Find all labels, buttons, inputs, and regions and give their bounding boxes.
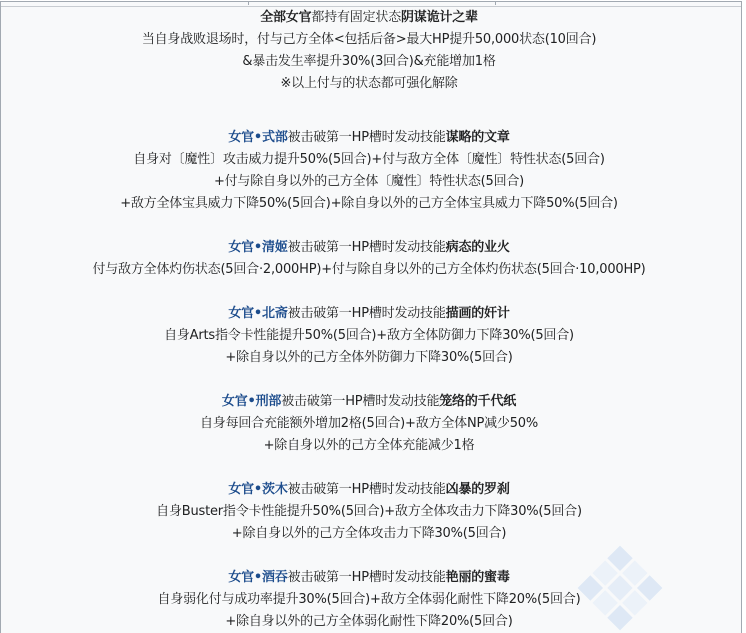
- effect-line: +除自身以外的己方全体充能减少1格: [1, 435, 737, 457]
- skill-name: 艳丽的蜜毒: [446, 570, 510, 585]
- intro-state-name: 阴谋诡计之辈: [401, 10, 478, 25]
- officer-name-link[interactable]: 女官•茨木: [228, 482, 287, 497]
- skill-name: 谋略的文章: [446, 130, 510, 145]
- officer-name-link[interactable]: 女官•刑部: [222, 394, 281, 409]
- trigger-text: 被击破第一HP槽时发动技能: [288, 306, 446, 321]
- intro-effect-line: 当自身战败退场时，付与己方全体<包括后备>最大HP提升50,000状态(10回合…: [1, 29, 737, 51]
- intro-effect-line: &暴击发生率提升30%(3回合)&充能增加1格: [1, 51, 737, 73]
- effect-line: 自身对〔魔性〕攻击威力提升50%(5回合)+付与敌方全体〔魔性〕特性状态(5回合…: [1, 149, 737, 171]
- trigger-text: 被击破第一HP槽时发动技能: [288, 482, 446, 497]
- intro-note: ※以上付与的状态都可强化解除: [1, 73, 737, 95]
- skill-name: 病态的业火: [446, 240, 510, 255]
- officer-heading: 女官•刑部被击破第一HP槽时发动技能笼络的千代纸: [1, 391, 737, 413]
- officer-block-hokusai: 女官•北斋被击破第一HP槽时发动技能描画的奸计 自身Arts指令卡性能提升50%…: [1, 303, 737, 369]
- officer-heading: 女官•清姬被击破第一HP槽时发动技能病态的业火: [1, 237, 737, 259]
- column-divider: [495, 2, 496, 5]
- skill-name: 凶暴的罗刹: [446, 482, 510, 497]
- diamond-grid-watermark-icon: [572, 540, 668, 633]
- effect-line: +付与除自身以外的己方全体〔魔性〕特性状态(5回合): [1, 171, 737, 193]
- officer-block-ibaraki: 女官•茨木被击破第一HP槽时发动技能凶暴的罗刹 自身Buster指令卡性能提升5…: [1, 479, 737, 545]
- skill-name: 笼络的千代纸: [439, 394, 516, 409]
- intro-heading: 全部女官都持有固定状态阴谋诡计之辈: [1, 7, 737, 29]
- officer-name-link[interactable]: 女官•式部: [228, 130, 287, 145]
- officer-block-shikibu: 女官•式部被击破第一HP槽时发动技能谋略的文章 自身对〔魔性〕攻击威力提升50%…: [1, 127, 737, 215]
- intro-heading-text: 都持有固定状态: [311, 10, 401, 25]
- officer-name-link[interactable]: 女官•北斋: [228, 306, 287, 321]
- effect-line: +敌方全体宝具威力下降50%(5回合)+除自身以外的己方全体宝具威力下降50%(…: [1, 193, 737, 215]
- trigger-text: 被击破第一HP槽时发动技能: [288, 570, 446, 585]
- trigger-text: 被击破第一HP槽时发动技能: [288, 240, 446, 255]
- column-divider: [248, 2, 249, 5]
- officer-heading: 女官•北斋被击破第一HP槽时发动技能描画的奸计: [1, 303, 737, 325]
- trigger-text: 被击破第一HP槽时发动技能: [281, 394, 439, 409]
- officer-name-link[interactable]: 女官•酒吞: [228, 570, 287, 585]
- effect-line: 自身Buster指令卡性能提升50%(5回合)+敌方全体攻击力下降30%(5回合…: [1, 501, 737, 523]
- officer-name-link[interactable]: 女官•清姬: [228, 240, 287, 255]
- officer-block-osakabe: 女官•刑部被击破第一HP槽时发动技能笼络的千代纸 自身每回合充能额外增加2格(5…: [1, 391, 737, 457]
- effect-line: 付与敌方全体灼伤状态(5回合·2,000HP)+付与除自身以外的己方全体灼伤状态…: [1, 259, 737, 281]
- skill-name: 描画的奸计: [446, 306, 510, 321]
- effect-line: +除自身以外的己方全体外防御力下降30%(5回合): [1, 347, 737, 369]
- intro-block: 全部女官都持有固定状态阴谋诡计之辈 当自身战败退场时，付与己方全体<包括后备>最…: [1, 7, 737, 95]
- officer-heading: 女官•茨木被击破第一HP槽时发动技能凶暴的罗刹: [1, 479, 737, 501]
- effect-line: 自身每回合充能额外增加2格(5回合)+敌方全体NP减少50%: [1, 413, 737, 435]
- intro-subject: 全部女官: [260, 10, 311, 25]
- officer-block-kiyohime: 女官•清姬被击破第一HP槽时发动技能病态的业火 付与敌方全体灼伤状态(5回合·2…: [1, 237, 737, 281]
- officer-heading: 女官•式部被击破第一HP槽时发动技能谋略的文章: [1, 127, 737, 149]
- effect-line: 自身Arts指令卡性能提升50%(5回合)+敌方全体防御力下降30%(5回合): [1, 325, 737, 347]
- trigger-text: 被击破第一HP槽时发动技能: [288, 130, 446, 145]
- skill-table: 全部女官都持有固定状态阴谋诡计之辈 当自身战败退场时，付与己方全体<包括后备>最…: [0, 1, 742, 633]
